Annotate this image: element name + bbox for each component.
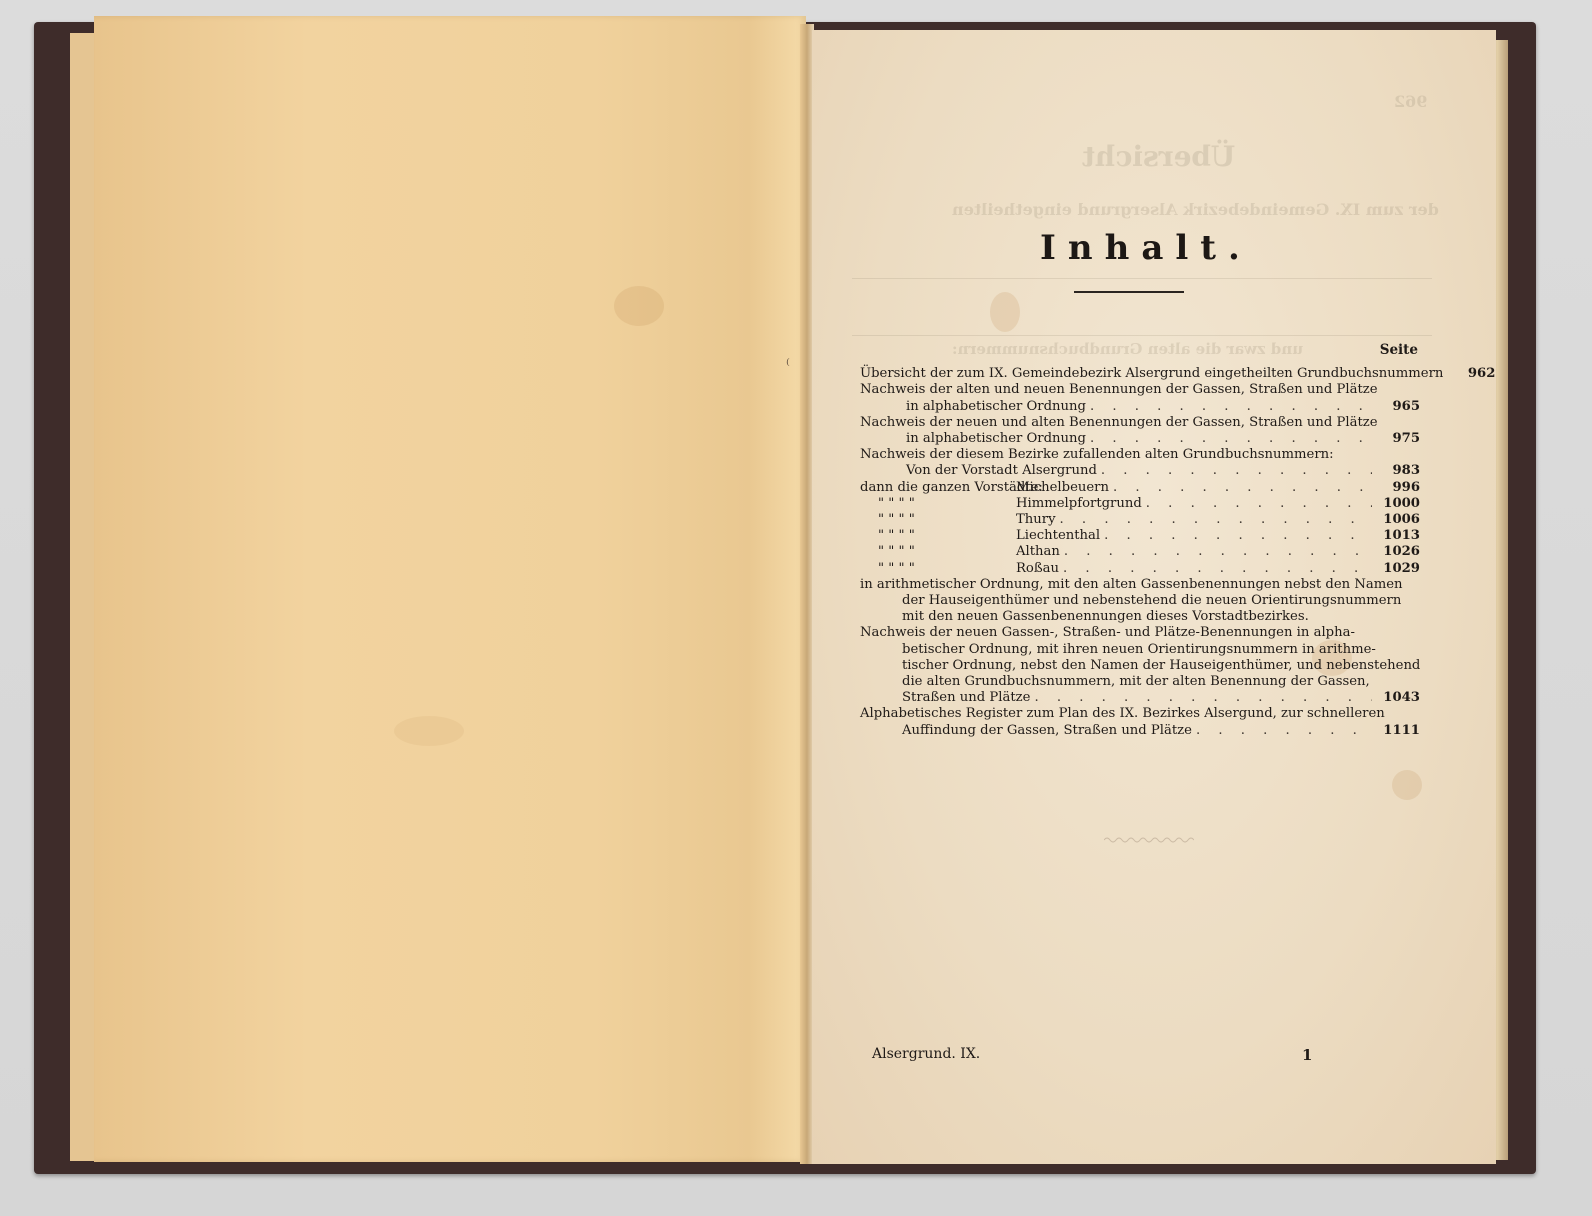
bleed-page-number: 962 bbox=[1394, 92, 1427, 111]
toc-entry: " " " " Liechtenthal . . . . . . . . . .… bbox=[860, 528, 1420, 544]
toc-page-number: 983 bbox=[1376, 463, 1420, 479]
bleed-heading: Übersicht bbox=[1082, 140, 1235, 173]
toc-entry-text: in arithmetischer Ordnung, mit den alten… bbox=[860, 577, 1403, 593]
toc-entry: " " " " Roßau . . . . . . . . . . . . . … bbox=[860, 561, 1420, 577]
table-of-contents: Seite Übersicht der zum IX. Gemeindebezi… bbox=[860, 342, 1420, 739]
paper-stain bbox=[990, 292, 1020, 332]
toc-entry-continued: tischer Ordnung, nebst den Namen der Hau… bbox=[860, 658, 1420, 674]
toc-entry-text: Michelbeuern bbox=[1016, 480, 1109, 496]
toc-entry-text: Roßau bbox=[1016, 561, 1059, 577]
toc-entry-continued: Straßen und Plätze . . . . . . . . . . .… bbox=[860, 690, 1420, 706]
toc-entry-text: in alphabetischer Ordnung bbox=[906, 399, 1086, 415]
toc-entry: Übersicht der zum IX. Gemeindebezirk Als… bbox=[860, 366, 1420, 382]
toc-entry-text: in alphabetischer Ordnung bbox=[906, 431, 1086, 447]
toc-entry: " " " " Althan . . . . . . . . . . . . .… bbox=[860, 544, 1420, 560]
title-rule bbox=[1074, 291, 1184, 293]
page-title: Inhalt. bbox=[1040, 228, 1240, 268]
toc-entry-text: Auffindung der Gassen, Straßen und Plätz… bbox=[902, 723, 1192, 739]
toc-entry: Nachweis der neuen und alten Benennungen… bbox=[860, 415, 1420, 431]
toc-page-number: 1006 bbox=[1376, 512, 1420, 528]
toc-entry-text: Althan bbox=[1016, 544, 1060, 560]
toc-entry-text: Von der Vorstadt Alsergrund bbox=[906, 463, 1097, 479]
page-mark: ⁽ bbox=[786, 355, 796, 379]
toc-entry-continued: in alphabetischer Ordnung . . . . . . . … bbox=[860, 399, 1420, 415]
toc-entry-continued: in alphabetischer Ordnung . . . . . . . … bbox=[860, 431, 1420, 447]
ditto-marks: " " " " bbox=[860, 512, 1016, 528]
toc-entry-text: Thury bbox=[1016, 512, 1056, 528]
paper-stain bbox=[1392, 770, 1422, 800]
toc-entry-text: der Hauseigenthümer und nebenstehend die… bbox=[902, 593, 1401, 609]
toc-page-number: 996 bbox=[1376, 480, 1420, 496]
toc-entry: Nachweis der diesem Bezirke zufallenden … bbox=[860, 447, 1420, 463]
toc-entry-text: die alten Grundbuchsnummern, mit der alt… bbox=[902, 674, 1370, 690]
left-blank-page bbox=[94, 16, 806, 1162]
toc-entry: Alphabetisches Register zum Plan des IX.… bbox=[860, 706, 1420, 722]
column-header-seite: Seite bbox=[860, 342, 1420, 358]
toc-entry-prefix: dann die ganzen Vorstädte: bbox=[860, 480, 1016, 496]
footer-sheet-number: 1 bbox=[1302, 1046, 1312, 1064]
toc-entry-continued: die alten Grundbuchsnummern, mit der alt… bbox=[860, 674, 1420, 690]
footer-signature: Alsergrund. IX. bbox=[872, 1046, 980, 1062]
toc-entry-continued: betischer Ordnung, mit ihren neuen Orien… bbox=[860, 642, 1420, 658]
toc-entry-text: Alphabetisches Register zum Plan des IX.… bbox=[860, 706, 1385, 722]
toc-entry: Von der Vorstadt Alsergrund . . . . . . … bbox=[860, 463, 1420, 479]
toc-page-number: 975 bbox=[1376, 431, 1420, 447]
ditto-marks: " " " " bbox=[860, 544, 1016, 560]
ditto-marks: " " " " bbox=[860, 528, 1016, 544]
toc-entry: in arithmetischer Ordnung, mit den alten… bbox=[860, 577, 1420, 593]
toc-entry-text: Nachweis der diesem Bezirke zufallenden … bbox=[860, 447, 1334, 463]
toc-entry-text: Himmelpfortgrund bbox=[1016, 496, 1142, 512]
endpaper-edge bbox=[70, 33, 97, 1161]
ditto-marks: " " " " bbox=[860, 561, 1016, 577]
toc-entry-continued: Auffindung der Gassen, Straßen und Plätz… bbox=[860, 723, 1420, 739]
ditto-marks: " " " " bbox=[860, 496, 1016, 512]
toc-page-number: 1029 bbox=[1376, 561, 1420, 577]
bleed-table-header bbox=[852, 278, 1432, 336]
toc-entry: " " " " Thury . . . . . . . . . . . . . … bbox=[860, 512, 1420, 528]
toc-page-number: 1111 bbox=[1376, 723, 1420, 739]
toc-entry-text: tischer Ordnung, nebst den Namen der Hau… bbox=[902, 658, 1420, 674]
toc-entry-text: betischer Ordnung, mit ihren neuen Orien… bbox=[902, 642, 1376, 658]
toc-entry-text: Übersicht der zum IX. Gemeindebezirk Als… bbox=[860, 366, 1443, 382]
paper-stain bbox=[614, 286, 664, 326]
toc-page-number: 965 bbox=[1376, 399, 1420, 415]
toc-entry-text: mit den neuen Gassenbenennungen dieses V… bbox=[902, 609, 1309, 625]
toc-entry-continued: der Hauseigenthümer und nebenstehend die… bbox=[860, 593, 1420, 609]
toc-entry-text: Straßen und Plätze bbox=[902, 690, 1030, 706]
toc-page-number: 1043 bbox=[1376, 690, 1420, 706]
toc-page-number: 1013 bbox=[1376, 528, 1420, 544]
paper-stain bbox=[394, 716, 464, 746]
toc-page-number: 962 bbox=[1451, 366, 1495, 382]
toc-entry-text: Liechtenthal bbox=[1016, 528, 1100, 544]
decorative-squiggle bbox=[1104, 836, 1194, 844]
toc-entry-text: Nachweis der neuen Gassen-, Straßen- und… bbox=[860, 625, 1355, 641]
toc-page-number: 1026 bbox=[1376, 544, 1420, 560]
toc-page-number: 1000 bbox=[1376, 496, 1420, 512]
bleed-subheading: der zum IX. Gemeindebezirk Alsergrund ei… bbox=[952, 200, 1439, 219]
toc-entry-text: Nachweis der alten und neuen Benennungen… bbox=[860, 382, 1378, 398]
toc-entry: dann die ganzen Vorstädte: Michelbeuern … bbox=[860, 480, 1420, 496]
toc-entry: Nachweis der alten und neuen Benennungen… bbox=[860, 382, 1420, 398]
toc-entry-continued: mit den neuen Gassenbenennungen dieses V… bbox=[860, 609, 1420, 625]
toc-entry: Nachweis der neuen Gassen-, Straßen- und… bbox=[860, 625, 1420, 641]
toc-entry: " " " " Himmelpfortgrund . . . . . . . .… bbox=[860, 496, 1420, 512]
toc-entry-text: Nachweis der neuen und alten Benennungen… bbox=[860, 415, 1378, 431]
